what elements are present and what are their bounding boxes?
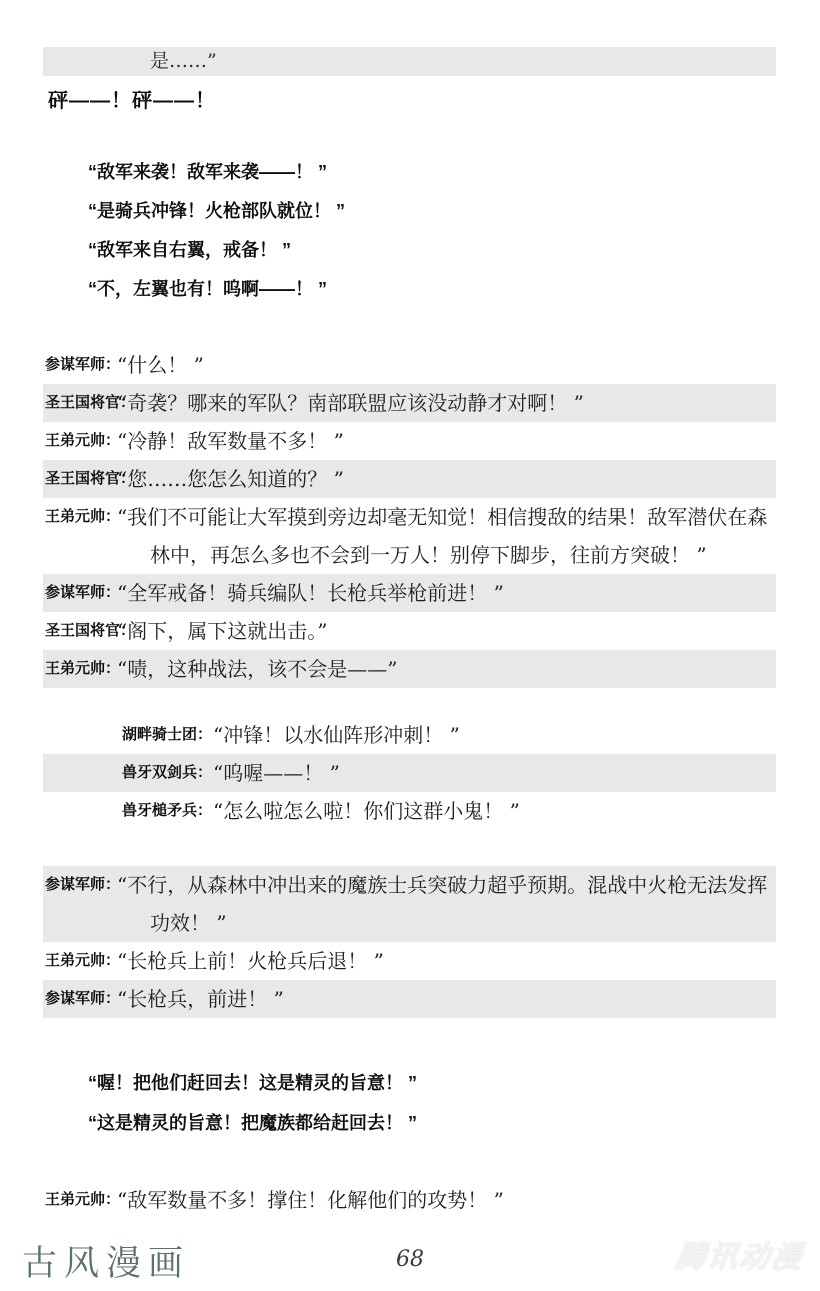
speaker-label: 参谋军师： — [45, 980, 120, 1018]
speaker-label: 王弟元帅： — [45, 650, 120, 688]
tencent-comics-watermark: 腾讯动漫 — [673, 1232, 807, 1276]
dialogue-text: “全军戒备！骑兵编队！长枪兵举枪前进！ ” — [150, 574, 776, 612]
dialogue-row: 湖畔骑士团： “冲锋！以水仙阵形冲刺！ ” — [43, 716, 776, 754]
speaker-label: 王弟元帅： — [45, 498, 120, 536]
speaker-label: 王弟元帅： — [45, 1181, 120, 1219]
dialogue-text: “您……您怎么知道的？ ” — [150, 460, 776, 498]
dialogue-row: 圣王国将官： “奇袭？哪来的军队？南部联盟应该没动静才对啊！ ” — [43, 384, 776, 422]
shout-line: “这是精灵的旨意！把魔族都给赶回去！ ” — [88, 1103, 776, 1143]
dialogue-block-3: 参谋军师： “不行，从森林中冲出来的魔族士兵突破力超乎预期。混战中火枪无法发挥功… — [43, 866, 776, 1018]
dialogue-row: 参谋军师： “什么！ ” — [43, 346, 776, 384]
shout-line: “是骑兵冲锋！火枪部队就位！ ” — [88, 192, 776, 231]
dialogue-text: “长枪兵上前！火枪兵后退！ ” — [150, 942, 776, 980]
sound-effect-heading: 砰——！砰——！ — [48, 89, 820, 113]
speaker-label: 参谋军师： — [45, 866, 120, 904]
carryover-line: 是……” — [43, 47, 776, 76]
speaker-label: 兽牙槌矛兵： — [122, 792, 212, 830]
shout-line: “敌军来自右翼，戒备！ ” — [88, 231, 776, 270]
dialogue-text: “冷静！敌军数量不多！ ” — [150, 422, 776, 460]
dialogue-row: 王弟元帅： “我们不可能让大军摸到旁边却毫无知觉！相信搜敌的结果！敌军潜伏在森林… — [43, 498, 776, 574]
shout-group-2: “喔！把他们赶回去！这是精灵的旨意！ ” “这是精灵的旨意！把魔族都给赶回去！ … — [88, 1063, 776, 1143]
speaker-label: 湖畔骑士团： — [122, 716, 212, 754]
dialogue-text: “敌军数量不多！撑住！化解他们的攻势！ ” — [150, 1181, 776, 1219]
shout-group-1: “敌军来袭！敌军来袭——！ ” “是骑兵冲锋！火枪部队就位！ ” “敌军来自右翼… — [88, 153, 776, 309]
dialogue-text: “呜喔——！ ” — [213, 754, 776, 792]
dialogue-row: 圣王国将官： “阁下，属下这就出击。” — [43, 612, 776, 650]
dialogue-row: 王弟元帅： “敌军数量不多！撑住！化解他们的攻势！ ” — [43, 1181, 776, 1219]
speaker-label: 兽牙双剑兵： — [122, 754, 212, 792]
shout-line: “喔！把他们赶回去！这是精灵的旨意！ ” — [88, 1063, 776, 1103]
dialogue-text: “不行，从森林中冲出来的魔族士兵突破力超乎预期。混战中火枪无法发挥功效！ ” — [150, 866, 776, 942]
dialogue-text: “怎么啦怎么啦！你们这群小鬼！ ” — [213, 792, 776, 830]
shout-line: “不，左翼也有！呜啊——！ ” — [88, 270, 776, 309]
dialogue-row: 参谋军师： “全军戒备！骑兵编队！长枪兵举枪前进！ ” — [43, 574, 776, 612]
dialogue-row: 参谋军师： “不行，从森林中冲出来的魔族士兵突破力超乎预期。混战中火枪无法发挥功… — [43, 866, 776, 942]
dialogue-row: 兽牙槌矛兵： “怎么啦怎么啦！你们这群小鬼！ ” — [43, 792, 776, 830]
dialogue-text: “冲锋！以水仙阵形冲刺！ ” — [213, 716, 776, 754]
speaker-label: 参谋军师： — [45, 574, 120, 612]
dialogue-row: 王弟元帅： “长枪兵上前！火枪兵后退！ ” — [43, 942, 776, 980]
speaker-label: 参谋军师： — [45, 346, 120, 384]
speaker-label: 王弟元帅： — [45, 942, 120, 980]
dialogue-text: “啧，这种战法，该不会是——” — [150, 650, 776, 688]
dialogue-block-2: 湖畔骑士团： “冲锋！以水仙阵形冲刺！ ” 兽牙双剑兵： “呜喔——！ ” 兽牙… — [43, 716, 776, 830]
dialogue-block-1: 参谋军师： “什么！ ” 圣王国将官： “奇袭？哪来的军队？南部联盟应该没动静才… — [43, 346, 776, 688]
dialogue-text: “什么！ ” — [150, 346, 776, 384]
dialogue-text: “我们不可能让大军摸到旁边却毫无知觉！相信搜敌的结果！敌军潜伏在森林中，再怎么多… — [150, 498, 776, 574]
shout-line: “敌军来袭！敌军来袭——！ ” — [88, 153, 776, 192]
dialogue-text: “阁下，属下这就出击。” — [150, 612, 776, 650]
dialogue-text: “长枪兵，前进！ ” — [150, 980, 776, 1018]
novel-page: 是……” 砰——！砰——！ “敌军来袭！敌军来袭——！ ” “是骑兵冲锋！火枪部… — [0, 47, 820, 1219]
dialogue-row: 参谋军师： “长枪兵，前进！ ” — [43, 980, 776, 1018]
dialogue-row: 王弟元帅： “啧，这种战法，该不会是——” — [43, 650, 776, 688]
dialogue-row: 王弟元帅： “冷静！敌军数量不多！ ” — [43, 422, 776, 460]
speaker-label: 圣王国将官： — [45, 612, 135, 650]
speaker-label: 圣王国将官： — [45, 460, 135, 498]
speaker-label: 圣王国将官： — [45, 384, 135, 422]
speaker-label: 王弟元帅： — [45, 422, 120, 460]
dialogue-block-4: 王弟元帅： “敌军数量不多！撑住！化解他们的攻势！ ” — [43, 1181, 776, 1219]
carryover-text: 是……” — [150, 50, 217, 72]
dialogue-text: “奇袭？哪来的军队？南部联盟应该没动静才对啊！ ” — [150, 384, 776, 422]
dialogue-row: 兽牙双剑兵： “呜喔——！ ” — [43, 754, 776, 792]
dialogue-row: 圣王国将官： “您……您怎么知道的？ ” — [43, 460, 776, 498]
